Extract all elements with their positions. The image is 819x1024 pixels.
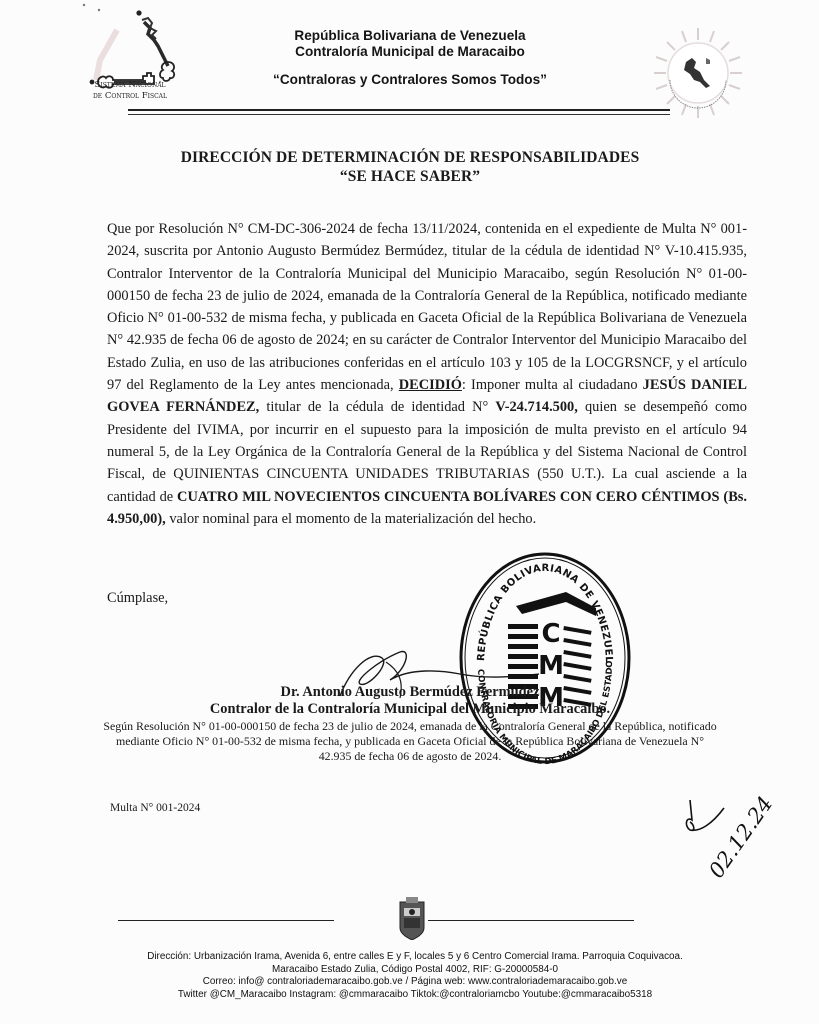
institution-motto: “Contraloras y Contralores Somos Todos” xyxy=(200,72,620,87)
header-divider xyxy=(128,109,670,115)
body-text-part2: : Imponer multa al ciudadano xyxy=(462,377,643,393)
svg-text:02.12.24: 02.12.24 xyxy=(704,792,777,880)
footer-contact-info: Dirección: Urbanización Irama, Avenida 6… xyxy=(110,951,720,1001)
sun-seal-logo-icon xyxy=(648,24,748,122)
body-text-part3: titular de la cédula de identidad N° xyxy=(259,399,495,415)
footer-divider-left xyxy=(118,920,334,921)
document-subtitle: “SE HACE SABER” xyxy=(80,167,740,186)
footer-social-media: Twitter @CM_Maracaibo Instagram: @cmmara… xyxy=(110,989,720,1002)
signatory-title: Contralor de la Contraloría Municipal de… xyxy=(100,701,720,718)
footer-divider-right xyxy=(428,920,634,921)
document-title: DIRECCIÓN DE DETERMINACIÓN DE RESPONSABI… xyxy=(80,148,740,167)
footer-email-web: Correo: info@ contraloriademaracaibo.gob… xyxy=(110,976,720,989)
footer-address: Dirección: Urbanización Irama, Avenida 6… xyxy=(110,951,720,964)
logo-caption-line2: de Control Fiscal xyxy=(80,91,180,102)
document-body: Que por Resolución N° CM-DC-306-2024 de … xyxy=(107,218,747,530)
closing-formula: Cúmplase, xyxy=(107,590,168,607)
country-name: República Bolivariana de Venezuela xyxy=(200,28,620,44)
body-text-part5: valor nominal para el momento de la mate… xyxy=(166,511,536,527)
body-text-part1: Que por Resolución N° CM-DC-306-2024 de … xyxy=(107,221,747,393)
signatory-name: Dr. Antonio Augusto Bermúdez Bermúdez xyxy=(100,684,720,701)
svg-text:M: M xyxy=(538,651,564,681)
sanctioned-person-id: V-24.714.500, xyxy=(495,399,577,415)
decision-keyword: DECIDIÓ xyxy=(399,377,462,393)
case-reference: Multa N° 001-2024 xyxy=(110,802,200,814)
institution-name: Contraloría Municipal de Maracaibo xyxy=(200,44,620,60)
footer-city-postal-rif: Maracaibo Estado Zulia, Código Postal 40… xyxy=(110,964,720,977)
municipal-crest-icon xyxy=(398,896,426,940)
letterhead: República Bolivariana de Venezuela Contr… xyxy=(200,28,620,87)
logo-caption-line1: Sistema Nacional xyxy=(80,80,180,91)
document-title-block: DIRECCIÓN DE DETERMINACIÓN DE RESPONSABI… xyxy=(80,148,740,186)
svg-text:C: C xyxy=(541,619,560,649)
signatory-appointment-note: Según Resolución N° 01-00-000150 de fech… xyxy=(100,719,720,764)
handwritten-initials-date-icon: 02.12.24 xyxy=(676,790,786,880)
body-paragraph: Que por Resolución N° CM-DC-306-2024 de … xyxy=(107,218,747,530)
signatory-block: Dr. Antonio Augusto Bermúdez Bermúdez Co… xyxy=(100,684,720,764)
logo-left-caption: Sistema Nacional de Control Fiscal xyxy=(80,80,180,102)
